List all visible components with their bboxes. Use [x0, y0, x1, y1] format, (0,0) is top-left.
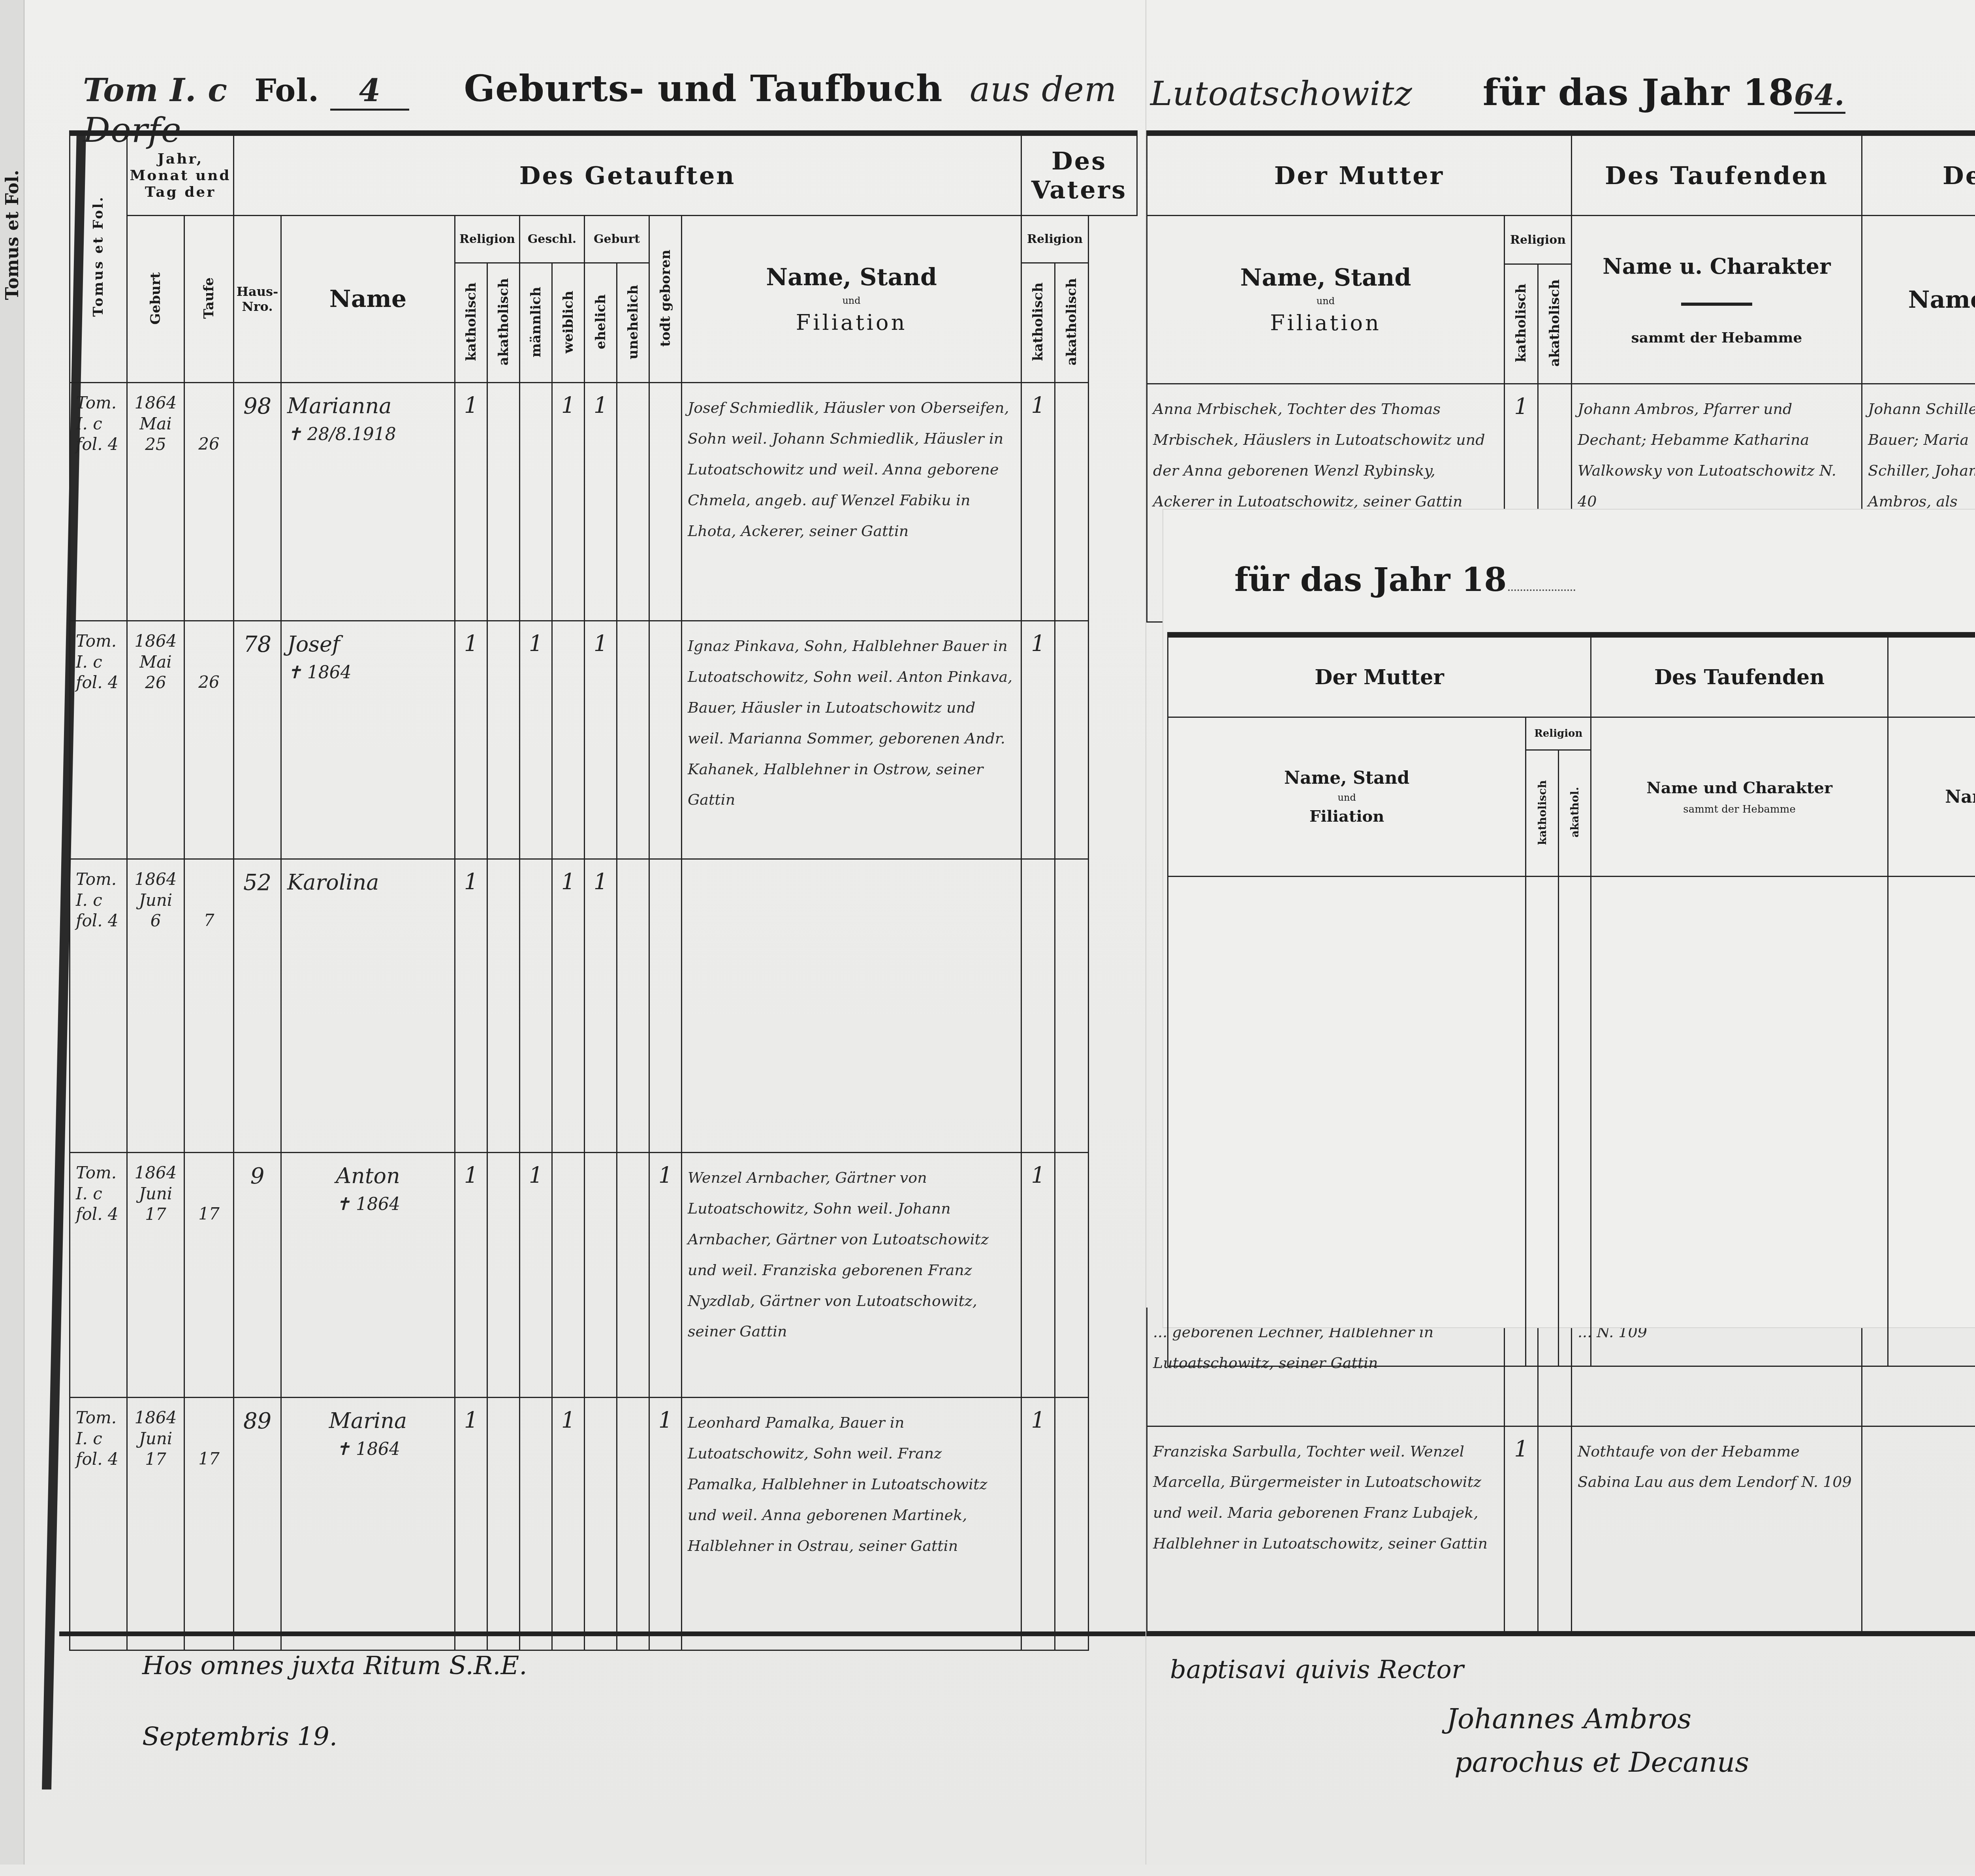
entry-death-note: ✝ 28/8.1918 — [287, 424, 396, 444]
entry-legitimate: 1 — [585, 621, 616, 657]
bottom-rule — [1146, 1631, 1975, 1636]
entry-tomus: Tom. I. c fol. 4 — [70, 621, 126, 703]
col-legitimate: ehelich — [585, 263, 617, 383]
entry-child-name: Karolina — [287, 870, 379, 895]
col-birth-legitimacy: Geburt — [585, 216, 649, 263]
entry-baptism-day: 26 — [185, 383, 233, 464]
overlay-col-religion: Religion — [1526, 717, 1591, 750]
entry-tomus: Tom. I. c fol. 4 — [70, 860, 126, 941]
tomus-label: Tom I. c — [83, 72, 228, 109]
entry-stillborn — [650, 860, 681, 869]
entry-stillborn — [650, 383, 681, 393]
entry-death-note: ✝ 1864 — [336, 1194, 400, 1214]
entry-legitimate: 1 — [585, 860, 616, 895]
entry-baptism-day: 7 — [185, 860, 233, 941]
register-entry: Tom. I. c fol. 4 1864Mai26 26 78 Josef✝ … — [70, 621, 1137, 859]
register-entry: Tom. I. c fol. 4 1864Mai25 26 98 Mariann… — [70, 383, 1137, 621]
entry-mother-catholic: 1 — [1505, 384, 1537, 420]
entry-male — [520, 1398, 551, 1407]
entry-tomus: Tom. I. c fol. 4 — [70, 383, 126, 465]
fol-label: Fol. — [254, 73, 319, 109]
entry-illegitimate — [617, 860, 649, 869]
entry-house-no: 98 — [234, 383, 280, 430]
entry-house-no: 89 — [234, 1398, 280, 1445]
entry-birth-day: 25 — [145, 435, 166, 454]
entry-birth-day: 26 — [145, 673, 166, 692]
col-male: männlich — [520, 263, 552, 383]
overlay-col-baptizer: Des Taufenden — [1591, 635, 1888, 717]
col-catholic: katholisch — [455, 263, 487, 383]
overlay-col-acatholic: akathol. — [1558, 750, 1591, 877]
entry-catholic: 1 — [455, 383, 487, 418]
entry-father-catholic: 1 — [1022, 383, 1054, 418]
col-godparent-name: Name — [1862, 216, 1975, 384]
entry-female — [553, 1153, 584, 1163]
entry-month: Juni — [139, 1184, 172, 1203]
overlay-empty-row — [1168, 877, 1975, 1366]
col-father-religion: Religion — [1021, 216, 1089, 263]
overlay-col-catholic: katholisch — [1526, 750, 1558, 877]
entry-father-catholic — [1022, 860, 1054, 869]
closing-note-latin: Hos omnes juxta Ritum S.R.E. — [142, 1651, 527, 1680]
left-register-table: Tomus et Fol. Jahr, Monat und Tag der De… — [69, 130, 1138, 1651]
entry-female: 1 — [553, 383, 584, 418]
col-house-no: Haus-Nro. — [234, 216, 281, 383]
entry-mother: Franziska Sarbulla, Tochter weil. Wenzel… — [1147, 1427, 1504, 1569]
entry-baptism-day: 17 — [185, 1153, 233, 1234]
entry-death-note: ✝ 1864 — [336, 1439, 400, 1459]
entry-stillborn: 1 — [650, 1398, 681, 1433]
overlay-year-blank — [1508, 589, 1575, 591]
col-baptism-date: Taufe — [184, 216, 234, 383]
entry-legitimate: 1 — [585, 383, 616, 418]
entry-birth-day: 6 — [150, 911, 161, 930]
entry-stillborn — [650, 621, 681, 631]
register-title: Geburts- und Taufbuch — [464, 67, 942, 110]
col-father-name: Name, Stand und Filiation — [682, 216, 1021, 383]
entry-male: 1 — [520, 1153, 551, 1188]
entry-month: Juni — [139, 890, 172, 910]
entry-illegitimate — [617, 621, 649, 631]
col-baptizer-group: Des Taufenden — [1572, 133, 1862, 216]
year-value: 64. — [1794, 78, 1845, 114]
entry-year: 1864 — [135, 631, 177, 651]
entry-catholic: 1 — [455, 1398, 487, 1433]
entry-illegitimate — [617, 383, 649, 393]
entry-child-name: Marianna — [287, 393, 392, 418]
entry-house-no: 78 — [234, 621, 280, 668]
closing-note-baptizer: baptisavi quivis Rector — [1170, 1655, 1463, 1684]
overlay-year-label: für das Jahr 18 — [1234, 561, 1575, 599]
col-birth-date: Geburt — [127, 216, 184, 383]
overlay-col-mother-name: Name, Stand und Filiation — [1168, 717, 1526, 877]
col-father-catholic: katholisch — [1021, 263, 1055, 383]
entry-child-name: Josef — [287, 632, 340, 657]
entry-legitimate — [585, 1398, 616, 1407]
register-entry-right: Franziska Sarbulla, Tochter weil. Wenzel… — [1147, 1426, 1975, 1631]
col-baptized-group: Des Getauften — [234, 133, 1021, 216]
entry-month: Mai — [139, 652, 171, 672]
col-female: weiblich — [552, 263, 585, 383]
entry-legitimate — [585, 1153, 616, 1163]
closing-note-date: Septembris 19. — [142, 1722, 337, 1752]
col-stillborn: todt geboren — [649, 216, 682, 383]
entry-catholic: 1 — [455, 1153, 487, 1188]
entry-father: Leonhard Pamalka, Bauer in Lutoatschowit… — [682, 1398, 1021, 1571]
entry-catholic: 1 — [455, 621, 487, 657]
entry-male — [520, 383, 551, 393]
entry-child-name: Marina — [329, 1408, 407, 1433]
entry-month: Juni — [139, 1429, 172, 1448]
signature-title: parochus et Decanus — [1454, 1746, 1749, 1778]
entry-baptism-day: 26 — [185, 621, 233, 702]
col-date-header: Jahr, Monat und Tag der — [127, 133, 234, 216]
entry-birth-day: 17 — [145, 1449, 166, 1469]
entry-month: Mai — [139, 414, 171, 433]
entry-catholic: 1 — [455, 860, 487, 895]
entry-baptizer: Nothtaufe von der Hebamme Sabina Lau aus… — [1572, 1427, 1861, 1507]
col-acatholic: akatholisch — [487, 263, 520, 383]
year-label: für das Jahr 18 — [1483, 71, 1794, 114]
entry-father-catholic: 1 — [1022, 1153, 1054, 1188]
entry-house-no: 9 — [234, 1153, 280, 1200]
entry-father — [682, 860, 1021, 879]
register-entry: Tom. I. c fol. 4 1864Juni17 17 9 Anton✝ … — [70, 1153, 1137, 1398]
entry-baptizer: Johann Ambros, Pfarrer und Dechant; Heba… — [1572, 384, 1861, 527]
entry-female — [553, 621, 584, 631]
entry-tomus: Tom. I. c fol. 4 — [70, 1398, 126, 1479]
entry-father: Ignaz Pinkava, Sohn, Halblehner Bauer in… — [682, 621, 1021, 825]
col-mother-acatholic: akatholisch — [1538, 264, 1572, 384]
col-illegitimate: unehelich — [617, 263, 649, 383]
col-mother-group: Der Mutter — [1147, 133, 1572, 216]
register-entry: Tom. I. c fol. 4 1864Juni6 7 52 Karolina… — [70, 859, 1137, 1153]
entry-female: 1 — [553, 860, 584, 895]
entry-baptism-day: 17 — [185, 1398, 233, 1479]
overlay-col-mother: Der Mutter — [1168, 635, 1591, 717]
entry-birth-day: 17 — [145, 1204, 166, 1224]
register-entry: Tom. I. c fol. 4 1864Juni17 17 89 Marina… — [70, 1398, 1137, 1650]
left-page: Tomus et Fol. Tom I. c Fol. 4 Geburts- u… — [0, 0, 1145, 1865]
entry-illegitimate — [617, 1398, 649, 1407]
pasted-blank-form: für das Jahr 18 Der Mutter Des Taufenden… — [1163, 510, 1975, 1327]
entry-child-name: Anton — [336, 1163, 400, 1188]
entry-year: 1864 — [135, 393, 177, 412]
col-godparents-group: Der Pathen — [1862, 133, 1975, 216]
previous-page-label: Tomus et Fol. — [2, 170, 23, 300]
entry-father: Wenzel Arnbacher, Gärtner von Lutoatscho… — [682, 1153, 1021, 1357]
entry-death-note: ✝ 1864 — [287, 662, 352, 683]
col-mother-religion: Religion — [1505, 216, 1572, 264]
col-baptizer-name: Name u. Charakter sammt der Hebamme — [1572, 216, 1862, 384]
overlay-col-baptizer-name: Name und Charakter sammt der Hebamme — [1591, 717, 1888, 877]
col-mother-name: Name, Stand und Filiation — [1147, 216, 1505, 384]
place-name: Lutoatschowitz — [1150, 74, 1413, 113]
entry-female: 1 — [553, 1398, 584, 1433]
entry-illegitimate — [617, 1153, 649, 1163]
bottom-rule — [59, 1631, 1145, 1636]
overlay-col-godparents: Der Pathen — [1888, 635, 1975, 717]
col-religion: Religion — [455, 216, 520, 263]
entry-male — [520, 860, 551, 869]
entry-mother: Anna Mrbischek, Tochter des Thomas Mrbis… — [1147, 384, 1504, 527]
col-mother-catholic: katholisch — [1505, 264, 1538, 384]
previous-page-edge: Tomus et Fol. — [0, 0, 24, 1865]
book-spread: Tomus et Fol. Tom I. c Fol. 4 Geburts- u… — [0, 0, 1975, 1876]
overlay-col-godparent-name: Name — [1888, 717, 1975, 877]
entry-male: 1 — [520, 621, 551, 657]
entry-stillborn: 1 — [650, 1153, 681, 1188]
col-name: Name — [281, 216, 455, 383]
entry-year: 1864 — [135, 869, 177, 889]
col-father-group: Des Vaters — [1021, 133, 1137, 216]
entry-year: 1864 — [135, 1163, 177, 1182]
col-father-acatholic: akatholisch — [1055, 263, 1089, 383]
entry-tomus: Tom. I. c fol. 4 — [70, 1153, 126, 1234]
entry-father-catholic: 1 — [1022, 1398, 1054, 1433]
entry-mother-catholic: 1 — [1505, 1427, 1537, 1462]
overlay-register-table: Der Mutter Des Taufenden Der Pathen Name… — [1167, 632, 1975, 1367]
entry-house-no: 52 — [234, 860, 280, 906]
entry-year: 1864 — [135, 1408, 177, 1427]
col-sex: Geschl. — [520, 216, 585, 263]
col-tomus-header: Tomus et Fol. — [70, 133, 127, 383]
right-page-header: Lutoatschowitz für das Jahr 1864. — [1150, 71, 1845, 114]
signature-name: Johannes Ambros — [1446, 1703, 1691, 1735]
entry-father-catholic: 1 — [1022, 621, 1054, 657]
fol-value: 4 — [330, 73, 409, 111]
entry-father: Josef Schmiedlik, Häusler von Oberseifen… — [682, 383, 1021, 556]
